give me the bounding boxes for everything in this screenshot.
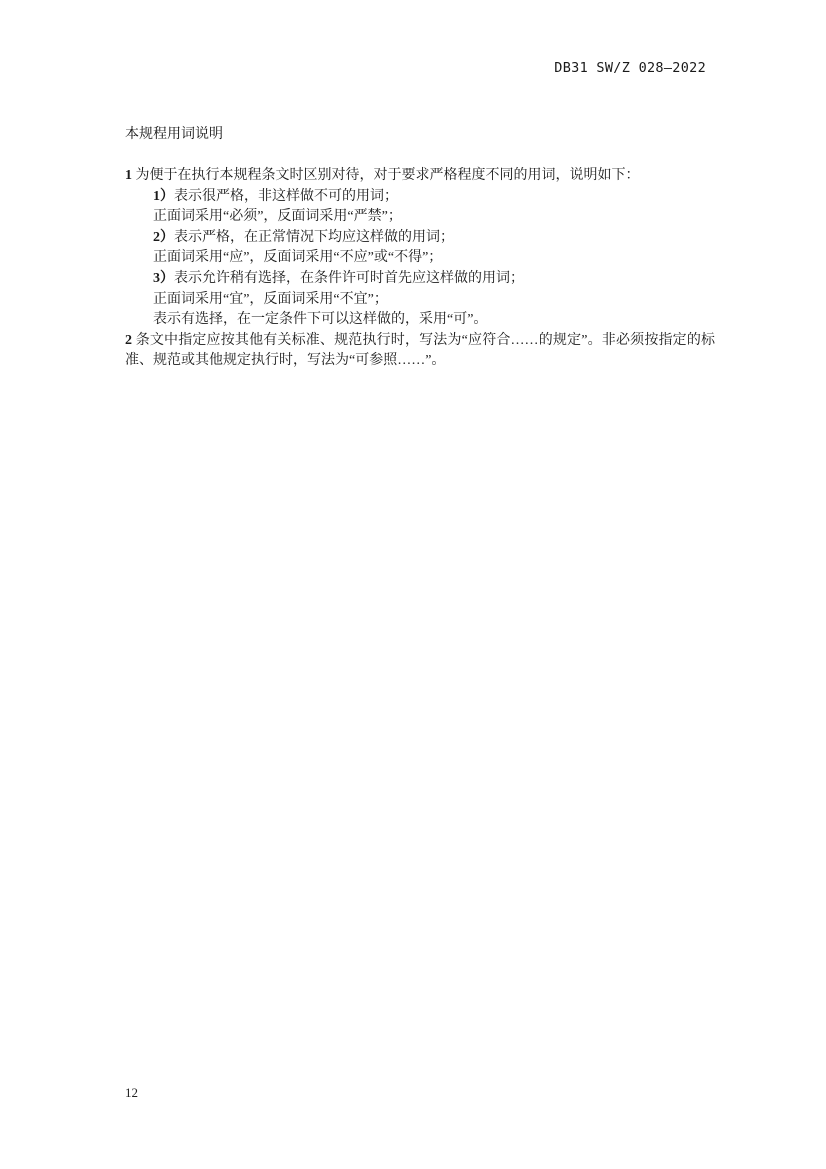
sub-item-3: 3）表示允许稍有选择，在条件许可时首先应这样做的用词；: [125, 269, 715, 290]
sub-item-number: 3）: [153, 271, 174, 286]
sub-item-text: 表示严格，在正常情况下均应这样做的用词；: [174, 230, 454, 245]
sub-item-1: 1）表示很严格，非这样做不可的用词；: [125, 187, 715, 208]
page-number: 12: [125, 1085, 138, 1101]
document-code-header: DB31 SW/Z 028—2022: [554, 60, 706, 76]
document-body: 1 为便于在执行本规程条文时区别对待，对于要求严格程度不同的用词，说明如下： 1…: [125, 166, 715, 372]
sub-item-text: 表示允许稍有选择，在条件许可时首先应这样做的用词；: [174, 271, 524, 286]
clause-text: 为便于在执行本规程条文时区别对待，对于要求严格程度不同的用词，说明如下：: [136, 168, 640, 183]
clause-number: 1: [125, 168, 132, 183]
sub-item-1-detail: 正面词采用“必须”，反面词采用“严禁”；: [125, 207, 715, 228]
section-title: 本规程用词说明: [125, 123, 223, 143]
sub-item-3-detail: 正面词采用“宜”，反面词采用“不宜”；: [125, 290, 715, 311]
sub-item-2: 2）表示严格，在正常情况下均应这样做的用词；: [125, 228, 715, 249]
clause-1-note: 表示有选择，在一定条件下可以这样做的，采用“可”。: [125, 310, 715, 331]
sub-item-2-detail: 正面词采用“应”，反面词采用“不应”或“不得”；: [125, 248, 715, 269]
clause-number: 2: [125, 333, 132, 348]
clause-text: 条文中指定应按其他有关标准、规范执行时，写法为“应符合……的规定”。非必须按指定…: [125, 333, 715, 369]
sub-item-text: 表示很严格，非这样做不可的用词；: [174, 189, 398, 204]
sub-item-number: 2）: [153, 230, 174, 245]
clause-1: 1 为便于在执行本规程条文时区别对待，对于要求严格程度不同的用词，说明如下：: [125, 166, 715, 187]
clause-2: 2 条文中指定应按其他有关标准、规范执行时，写法为“应符合……的规定”。非必须按…: [125, 331, 715, 372]
sub-item-number: 1）: [153, 189, 174, 204]
